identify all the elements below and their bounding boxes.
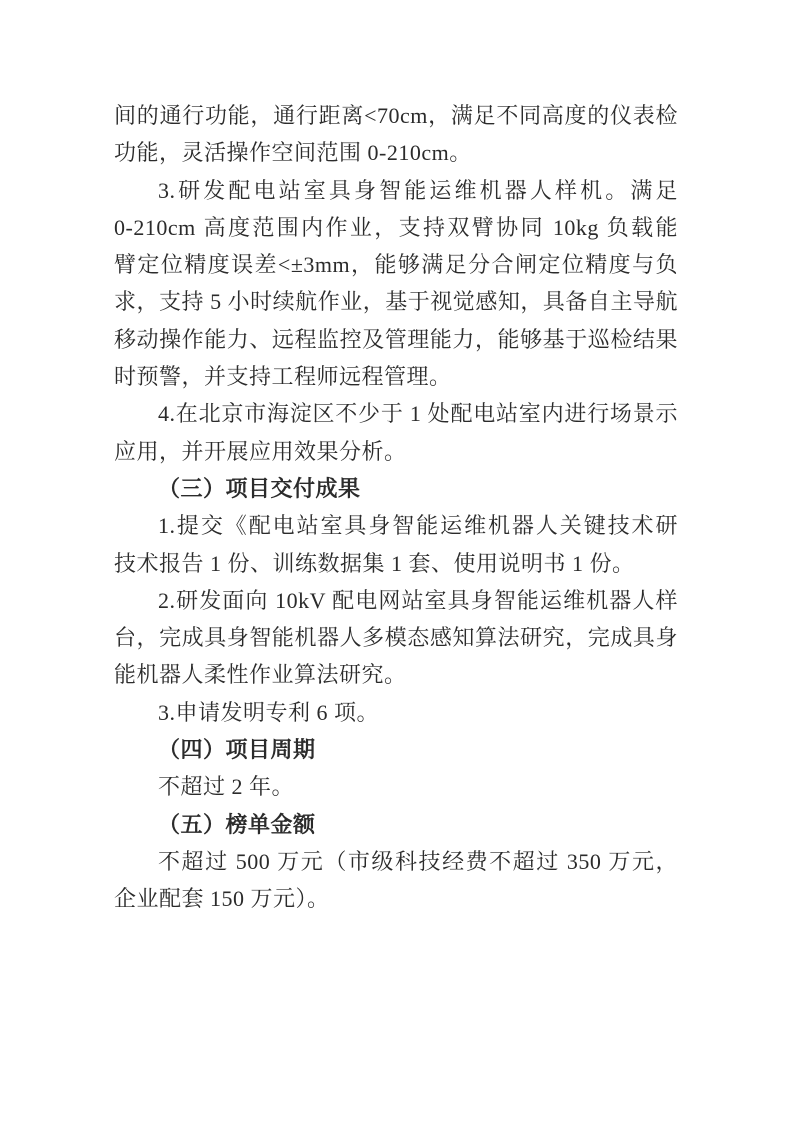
doc-line: 功能，灵活操作空间范围 0-210cm。: [114, 134, 678, 171]
doc-line: 间的通行功能，通行距离<70cm，满足不同高度的仪表检测: [114, 97, 678, 134]
doc-line: 移动操作能力、远程监控及管理能力，能够基于巡检结果实: [114, 321, 678, 358]
doc-line: 能机器人柔性作业算法研究。: [114, 656, 678, 693]
doc-line: 求，支持 5 小时续航作业，基于视觉感知，具备自主导航和: [114, 283, 678, 320]
section-heading: （四）项目周期: [114, 731, 678, 768]
doc-line: 时预警，并支持工程师远程管理。: [114, 358, 678, 395]
section-heading: （三）项目交付成果: [114, 470, 678, 507]
doc-line: 1.提交《配电站室具身智能运维机器人关键技术研究》: [114, 507, 678, 544]
doc-line: 3.研发配电站室具身智能运维机器人样机。满足: [114, 172, 678, 209]
doc-line: 台，完成具身智能机器人多模态感知算法研究，完成具身智: [114, 619, 678, 656]
document-page: 间的通行功能，通行距离<70cm，满足不同高度的仪表检测 功能，灵活操作空间范围…: [0, 0, 793, 1122]
section-heading: （五）榜单金额: [114, 806, 678, 843]
doc-line: 应用，并开展应用效果分析。: [114, 433, 678, 470]
doc-line: 4.在北京市海淀区不少于 1 处配电站室内进行场景示范: [114, 395, 678, 432]
doc-line: 3.申请发明专利 6 项。: [114, 694, 678, 731]
doc-line: 企业配套 150 万元）。: [114, 880, 678, 917]
document-body: 间的通行功能，通行距离<70cm，满足不同高度的仪表检测 功能，灵活操作空间范围…: [114, 97, 678, 918]
doc-line: 臂定位精度误差<±3mm，能够满足分合闸定位精度与负载要: [114, 246, 678, 283]
doc-line: 技术报告 1 份、训练数据集 1 套、使用说明书 1 份。: [114, 545, 678, 582]
doc-line: 0-210cm 高度范围内作业，支持双臂协同 10kg 负载能力，手: [114, 209, 678, 246]
doc-line: 不超过 500 万元（市级科技经费不超过 350 万元，发榜: [114, 843, 678, 880]
doc-line: 不超过 2 年。: [114, 768, 678, 805]
doc-line: 2.研发面向 10kV 配电网站室具身智能运维机器人样机 1: [114, 582, 678, 619]
